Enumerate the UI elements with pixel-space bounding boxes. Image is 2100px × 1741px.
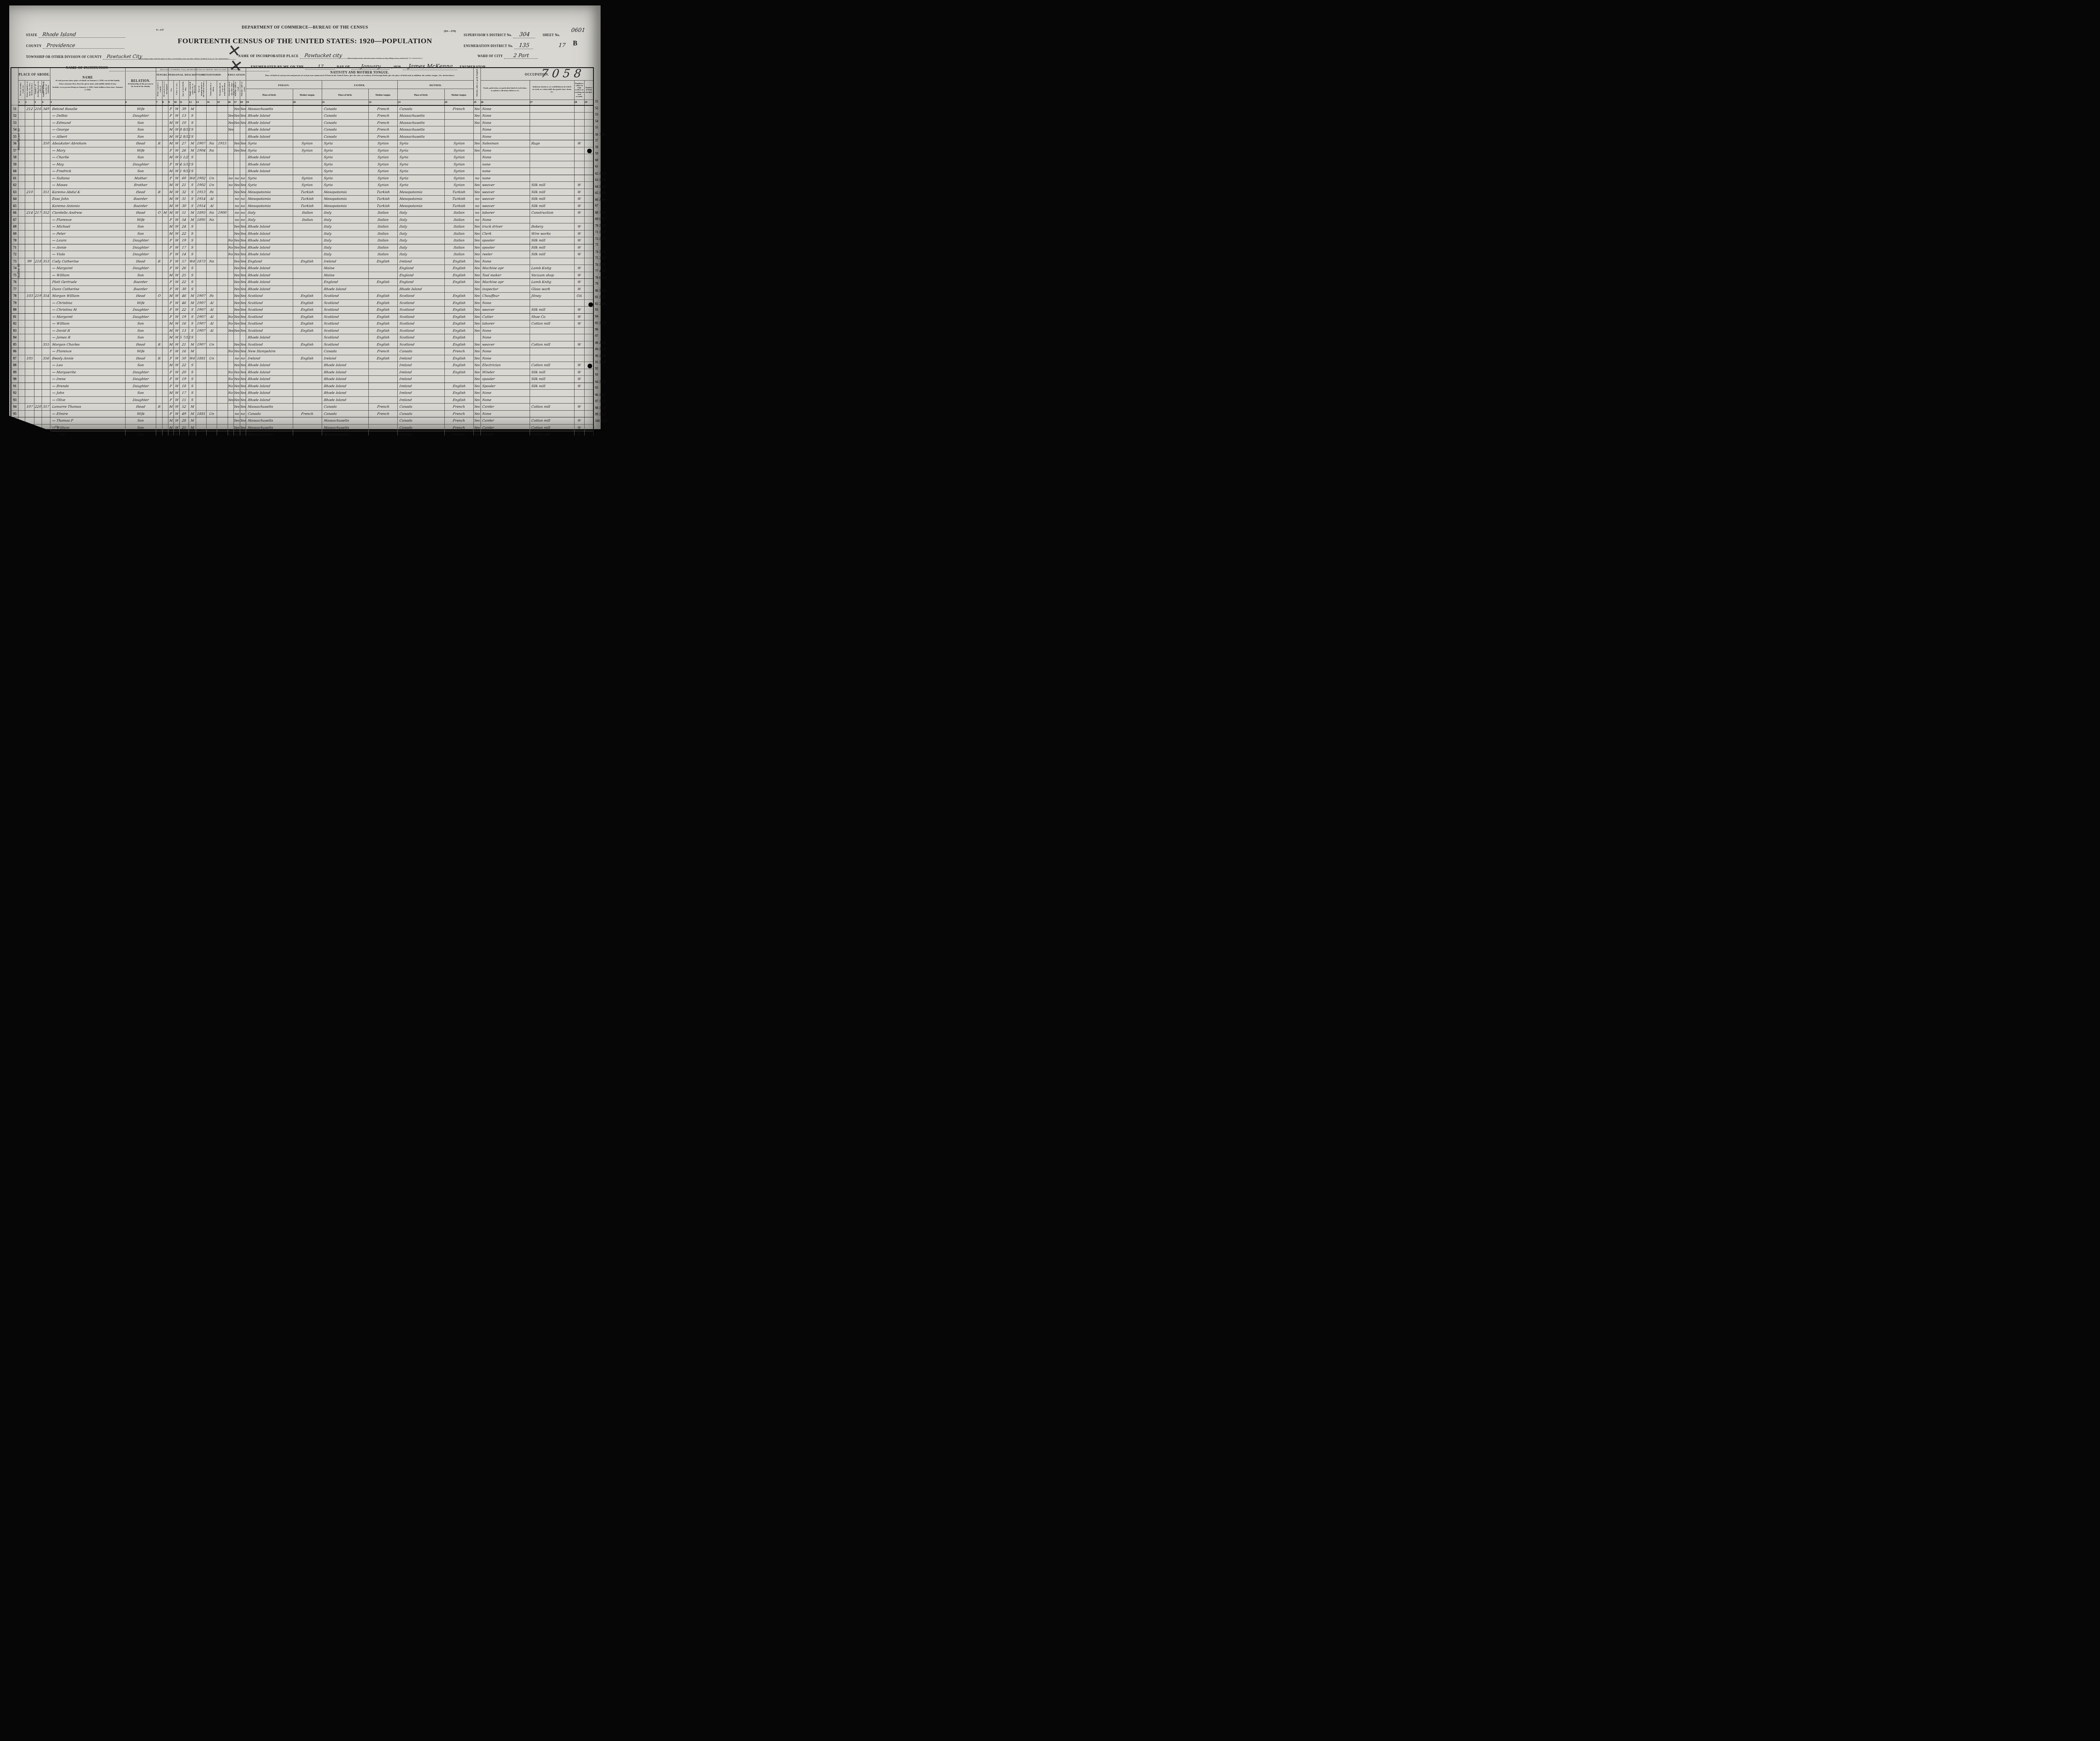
cell-mtg: [162, 320, 168, 328]
cell-mt: [444, 126, 473, 134]
cell-rel: Son: [125, 320, 156, 328]
cell-nm: — William: [50, 320, 125, 328]
cell-pt: [293, 272, 322, 279]
cell-im: [196, 348, 207, 355]
cell-rd: Yes: [234, 424, 240, 431]
punch-hole-1: [587, 149, 592, 153]
table-row: 7399218353Cody CatherineHeadRFW57Wd1873N…: [11, 258, 593, 265]
cell-mb: Ireland: [398, 390, 444, 397]
cell-pt: Syrian: [293, 147, 322, 154]
cell-rd: Yes: [234, 189, 240, 196]
margin-line-77: 77430: [595, 269, 612, 276]
cell-sc: No: [228, 369, 234, 376]
cell-farm-schedule: [585, 424, 593, 431]
margin-line-56: 56791: [595, 133, 612, 139]
cell-na: [207, 369, 217, 376]
cell-mar: M: [189, 105, 196, 113]
cell-wr: Yes: [240, 272, 246, 279]
cell-cl: W: [574, 189, 585, 196]
table-row: 79— ChristinaWifeFW46M1907AlYesYesScotla…: [11, 299, 593, 307]
cell-cr: W: [174, 313, 179, 320]
cell-rd: [234, 334, 240, 341]
cell-mb: Canada: [398, 105, 444, 113]
cell-en: Yes: [473, 182, 480, 189]
cell-house: [25, 216, 34, 223]
cell-sx: M: [168, 230, 174, 237]
cell-sc: [228, 355, 234, 362]
cell-ny: [217, 376, 228, 383]
cell-mtg: [162, 362, 168, 369]
cell-ind: [530, 161, 574, 168]
cell-im: [196, 154, 207, 161]
cell-mt: English: [444, 383, 473, 390]
cell-dw: [34, 189, 42, 196]
table-row: 90— IreneDaughterFW19SNoYesYesRhode Isla…: [11, 376, 593, 383]
line-number-left: 69: [11, 230, 18, 237]
cell-nm: — Michael: [50, 223, 125, 231]
cell-sc: [228, 272, 234, 279]
margin-line-91: 91528: [595, 360, 612, 367]
cell-fam: [42, 376, 50, 383]
cell-cr: W: [174, 272, 179, 279]
cell-wr: no: [240, 202, 246, 210]
cell-wr: Yes: [240, 299, 246, 307]
cell-fb: Syria: [322, 154, 368, 161]
cell-farm-schedule: [585, 196, 593, 203]
cell-cr: W: [174, 424, 179, 431]
cell-na: [207, 404, 217, 411]
cell-ind: [530, 299, 574, 307]
cell-farm-schedule: [585, 376, 593, 383]
cell-oc: weaver: [480, 189, 530, 196]
cell-nm: — Brenda: [50, 383, 125, 390]
cell-fam: [42, 369, 50, 376]
cell-fb: Rhode Island: [322, 362, 368, 369]
cell-sx: F: [168, 299, 174, 307]
cell-ind: Bakery: [530, 223, 574, 231]
cell-en: Yes: [473, 410, 480, 417]
cell-oc: weaver: [480, 202, 530, 210]
cell-en: Yes: [473, 383, 480, 390]
cell-street: [18, 216, 25, 223]
cell-mtg: [162, 189, 168, 196]
cell-rd: [234, 168, 240, 175]
cell-mt: Italian: [444, 230, 473, 237]
cell-ny: [217, 431, 228, 436]
cell-oc: Carder: [480, 404, 530, 411]
cell-mb: England: [398, 279, 444, 286]
enumeration-district-field: ENUMERATION DISTRICT No. 135: [464, 42, 533, 49]
cell-dw: 219: [34, 293, 42, 300]
cell-ny: [217, 279, 228, 286]
cell-sc: [228, 404, 234, 411]
cell-farm-schedule: [585, 390, 593, 397]
cell-mb: Syria: [398, 161, 444, 168]
cell-ft: Italian: [369, 223, 398, 231]
cell-en: Yes: [473, 299, 480, 307]
cell-en: [473, 154, 480, 161]
cell-cr: W: [174, 307, 179, 314]
cell-pb: Mesopotamia: [246, 202, 293, 210]
cell-wr: Yes: [240, 307, 246, 314]
cell-rel: Son: [125, 133, 156, 140]
cell-pb: Rhode Island: [246, 334, 293, 341]
cell-sc: No: [228, 431, 234, 436]
col-person-birthplace: Place of birth.: [246, 89, 293, 100]
scan-shadow-wedge: [0, 412, 63, 435]
cell-rd: Yes: [234, 376, 240, 383]
table-row: 78103219354Morgan WilliamHeadOMW46M1907P…: [11, 293, 593, 300]
cell-cl: W: [574, 140, 585, 147]
cell-sc: [228, 307, 234, 314]
cell-sx: M: [168, 210, 174, 217]
cell-mb: Scotland: [398, 334, 444, 341]
cell-wr: no: [240, 210, 246, 217]
cell-ny: [217, 230, 228, 237]
cell-ind: Silk mill: [530, 376, 574, 383]
cell-pt: French: [293, 410, 322, 417]
cell-im: [196, 105, 207, 113]
cell-rd: Yes: [234, 237, 240, 244]
cell-cl: [574, 161, 585, 168]
cell-nm: Morgan Charles: [50, 341, 125, 348]
cell-fb: Massachusetts: [322, 417, 368, 425]
cell-ten: [156, 161, 162, 168]
cell-sx: F: [168, 113, 174, 120]
cell-sx: M: [168, 362, 174, 369]
cell-fam: 355: [42, 341, 50, 348]
cell-farm-schedule: [585, 383, 593, 390]
cell-oc: None: [480, 119, 530, 126]
cell-mar: Wd: [189, 175, 196, 182]
table-row: 91— BrendaDaughterFW18SNoYesYesRhode Isl…: [11, 383, 593, 390]
cell-cl: W: [574, 341, 585, 348]
table-row: 98— FredSonMW21SNoYesYesMassachusettsMas…: [11, 431, 593, 436]
cell-sx: F: [168, 105, 174, 113]
enumeration-district-label: ENUMERATION DISTRICT No.: [464, 44, 513, 48]
cell-sc: [228, 424, 234, 431]
cell-farm-schedule: [585, 279, 593, 286]
cell-ny: [217, 168, 228, 175]
cell-mar: S: [189, 223, 196, 231]
cell-pt: Turkish: [293, 189, 322, 196]
cell-house: [25, 390, 34, 397]
cell-street: [18, 286, 25, 293]
cell-mt: Syrian: [444, 140, 473, 147]
cell-mt: Turkish: [444, 196, 473, 203]
cell-age: 27: [179, 140, 189, 147]
cell-im: [196, 334, 207, 341]
line-number-left: 88: [11, 362, 18, 369]
name-desc-2: Enter surname first, then the given name…: [50, 83, 125, 86]
cell-house: 99: [25, 258, 34, 265]
cell-mtg: [162, 244, 168, 251]
cell-fb: Ireland: [322, 355, 368, 362]
cell-fb: Scotland: [322, 299, 368, 307]
cell-mb: Italy: [398, 216, 444, 223]
cell-mtg: [162, 355, 168, 362]
cell-ny: [217, 334, 228, 341]
cell-oc: none: [480, 161, 530, 168]
col-naturalized: Naturalized or alien.: [207, 80, 217, 100]
cell-oc: Chauffeur: [480, 293, 530, 300]
col-mother-birthplace: Place of birth.: [398, 89, 444, 100]
cell-mar: Wd: [189, 258, 196, 265]
cell-dw: [34, 216, 42, 223]
cell-age: 21: [179, 431, 189, 436]
cell-fam: [42, 126, 50, 134]
col-immigration-year: Year of immigration to the United States…: [196, 80, 207, 100]
cell-ind: Vacuum shop: [530, 272, 574, 279]
cell-dw: [34, 244, 42, 251]
cell-mar: M: [189, 348, 196, 355]
cell-pt: [293, 396, 322, 404]
cell-fb: Italy: [322, 210, 368, 217]
cell-oc: weaver: [480, 341, 530, 348]
cell-cr: W: [174, 202, 179, 210]
cell-rd: Yes: [234, 293, 240, 300]
cell-nm: — Delbia: [50, 113, 125, 120]
cell-na: Na: [207, 140, 217, 147]
cell-cl: W: [574, 431, 585, 436]
cell-fam: [42, 320, 50, 328]
cell-sc: [228, 410, 234, 417]
cell-ny: [217, 105, 228, 113]
cell-sc: [228, 147, 234, 154]
cell-mb: Syria: [398, 154, 444, 161]
cell-en: Yes: [473, 376, 480, 383]
cell-sx: F: [168, 286, 174, 293]
cell-na: [207, 265, 217, 272]
cell-sx: M: [168, 341, 174, 348]
cell-en: Yes: [473, 105, 480, 113]
table-row: 61— SultanaMotherFW60Wd1902UnnononoSyria…: [11, 175, 593, 182]
cell-ny: [217, 244, 228, 251]
cell-age: 60: [179, 175, 189, 182]
cell-nm: — Margaret: [50, 313, 125, 320]
group-education: EDUCATION.: [228, 68, 246, 80]
line-number-left: 90: [11, 376, 18, 383]
margin-line-97: 97522: [595, 399, 612, 406]
cell-ten: [156, 119, 162, 126]
cell-rel: Mother: [125, 175, 156, 182]
cell-age: 8 8/12: [179, 126, 189, 134]
cell-oc: reeler: [480, 251, 530, 258]
table-row: 81— MargaretDaughterFW19S1907AlNoYesYesS…: [11, 313, 593, 320]
cell-na: [207, 431, 217, 436]
cell-cr: W: [174, 293, 179, 300]
cell-sc: [228, 286, 234, 293]
punch-hole-3: [588, 364, 592, 368]
cell-farm-schedule: [585, 210, 593, 217]
table-row: 75— WilliamSonMW25SYesYesRhode IslandMai…: [11, 272, 593, 279]
margin-line-99: 99522: [595, 412, 612, 419]
group-nativity: NATIVITY AND MOTHER TONGUE. Place of bir…: [246, 68, 474, 80]
cell-na: [207, 417, 217, 425]
col-street: Street, avenue, road, etc.: [18, 80, 25, 100]
cell-cr: W: [174, 334, 179, 341]
cell-mtg: [162, 223, 168, 231]
margin-line-95: 95: [595, 386, 612, 393]
cell-house: [25, 244, 34, 251]
cell-pb: Rhode Island: [246, 161, 293, 168]
table-row: 87105356Beady AnnieHeadRFW50Wd1881Unnono…: [11, 355, 593, 362]
cell-sx: F: [168, 175, 174, 182]
cell-ny: [217, 216, 228, 223]
cell-nm: — William: [50, 272, 125, 279]
cell-ny: [217, 286, 228, 293]
cell-na: Pa: [207, 293, 217, 300]
column-number-9: 9: [168, 100, 174, 105]
col-dwelling-number: Number of dwelling house in order of vis…: [34, 80, 42, 100]
cell-mb: Canada: [398, 424, 444, 431]
margin-line-100: 100522: [595, 419, 612, 426]
cell-mtg: [162, 424, 168, 431]
cell-pb: Mesopotamia: [246, 189, 293, 196]
census-table-head: PLACE OF ABODE. NAME of each person whos…: [11, 68, 593, 105]
cell-fam: [42, 154, 50, 161]
cell-oc: laborer: [480, 320, 530, 328]
cell-pt: English: [293, 293, 322, 300]
cell-cr: W: [174, 431, 179, 436]
cell-mt: French: [444, 105, 473, 113]
cell-mar: M: [189, 424, 196, 431]
cell-sc: [228, 168, 234, 175]
cell-en: Yes: [473, 341, 480, 348]
cell-farm-schedule: [585, 216, 593, 223]
cell-sc: [228, 362, 234, 369]
cell-pt: [293, 154, 322, 161]
cell-street: [18, 299, 25, 307]
cell-ny: [217, 126, 228, 134]
cell-na: Al: [207, 327, 217, 334]
column-numbers-row: 1234567891011121314151617181920212223242…: [11, 100, 593, 105]
cell-wr: Yes: [240, 105, 246, 113]
cell-ny: [217, 417, 228, 425]
cell-nm: Karema Antonio: [50, 202, 125, 210]
cell-ten: R: [156, 355, 162, 362]
cell-pb: Scotland: [246, 341, 293, 348]
cell-sx: F: [168, 307, 174, 314]
cell-farm-schedule: [585, 105, 593, 113]
cell-wr: Yes: [240, 313, 246, 320]
margin-line-93: 93: [595, 373, 612, 380]
cell-rel: Daughter: [125, 237, 156, 244]
margin-line-59: 59: [595, 152, 612, 159]
cell-nm: — Marguerite: [50, 369, 125, 376]
cell-pb: Massachusetts: [246, 417, 293, 425]
cell-ind: Silk mill: [530, 182, 574, 189]
cell-mt: English: [444, 355, 473, 362]
cell-fam: 357: [42, 404, 50, 411]
cell-mt: Turkish: [444, 189, 473, 196]
cell-mb: Italy: [398, 210, 444, 217]
cell-sc: [228, 133, 234, 140]
cell-pb: New Hampshire: [246, 348, 293, 355]
cell-wr: Yes: [240, 286, 246, 293]
line-number-left: 58: [11, 154, 18, 161]
cell-house: 214: [25, 210, 34, 217]
cell-age: 10: [179, 119, 189, 126]
cell-cr: W: [174, 237, 179, 244]
cell-ft: Italian: [369, 251, 398, 258]
cell-street: [18, 182, 25, 189]
col-sex: Sex.: [168, 80, 174, 100]
column-number-15: 15: [217, 100, 228, 105]
cell-ft: Syrian: [369, 154, 398, 161]
cell-cr: W: [174, 244, 179, 251]
cell-ind: Silk mill: [530, 196, 574, 203]
cell-rel: Daughter: [125, 251, 156, 258]
cell-rel: Head: [125, 355, 156, 362]
cell-fb: Syria: [322, 140, 368, 147]
cell-mar: Wd: [189, 355, 196, 362]
cell-ft: English: [369, 258, 398, 265]
cell-dw: [34, 202, 42, 210]
cell-fam: [42, 196, 50, 203]
cell-mar: M: [189, 140, 196, 147]
cell-fb: Canada: [322, 348, 368, 355]
cell-mb: Ireland: [398, 376, 444, 383]
cell-fam: 354: [42, 293, 50, 300]
cell-mb: Canada: [398, 410, 444, 417]
cell-age: 46: [179, 299, 189, 307]
group-name: NAME of each person whose place of abode…: [50, 68, 125, 100]
margin-line-71: 71528: [595, 230, 612, 237]
column-number-17: 17: [234, 100, 240, 105]
cell-mt: Syrian: [444, 175, 473, 182]
cell-mb: Italy: [398, 244, 444, 251]
line-number-left: 65: [11, 202, 18, 210]
cell-pb: Rhode Island: [246, 133, 293, 140]
cell-nm: — Peter: [50, 230, 125, 237]
cell-sc: Yes: [228, 119, 234, 126]
cell-mar: M: [189, 404, 196, 411]
cell-mb: Ireland: [398, 258, 444, 265]
cell-rel: Son: [125, 424, 156, 431]
cell-mb: Ireland: [398, 396, 444, 404]
cell-ten: [156, 417, 162, 425]
cell-fb: England: [322, 279, 368, 286]
nativity-desc: Place of birth of each person and parent…: [246, 74, 473, 78]
cell-cr: W: [174, 168, 179, 175]
cell-farm-schedule: [585, 355, 593, 362]
cell-oc: None: [480, 396, 530, 404]
table-row: 72— ViolaDaughterFW14SNoYesYesRhode Isla…: [11, 251, 593, 258]
cell-im: 1881: [196, 355, 207, 362]
cell-mar: M: [189, 341, 196, 348]
table-row: 84— James RSonMW5 7/12SRhode IslandScotl…: [11, 334, 593, 341]
cell-nm: — Viola: [50, 251, 125, 258]
cell-fb: Rhode Island: [322, 369, 368, 376]
cell-farm-schedule: [585, 327, 593, 334]
cell-mtg: M: [162, 210, 168, 217]
cell-ft: Italian: [369, 230, 398, 237]
cell-farm-schedule: [585, 175, 593, 182]
column-number-26: 26: [480, 100, 530, 105]
cell-im: [196, 424, 207, 431]
cell-cr: W: [174, 126, 179, 134]
cell-house: [25, 327, 34, 334]
col-father-birthplace: Place of birth.: [322, 89, 368, 100]
cell-mt: French: [444, 417, 473, 425]
cell-fb: Scotland: [322, 341, 368, 348]
cell-mt: [444, 376, 473, 383]
subgroup-person: PERSON.: [246, 80, 322, 89]
cell-pb: Rhode Island: [246, 237, 293, 244]
cell-farm-schedule: [585, 113, 593, 120]
cell-wr: Yes: [240, 113, 246, 120]
